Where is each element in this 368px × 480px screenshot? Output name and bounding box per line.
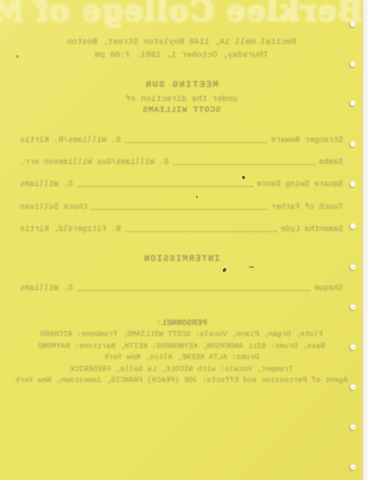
personnel-line: Agent of Percussion and Effects: JOE (PE… [0,377,363,385]
program-row: Touch of Father Chuck Sullivan [0,203,363,212]
personnel-line: Bass, Drums: BILL ANDERSON, KEYBOARDS: K… [0,343,363,351]
piece-composer: S. Williams [20,180,73,189]
binder-hole [350,223,356,229]
paper-speck [196,196,198,198]
program-row: Stranger Beware S. Williams/R. Kirtis [0,136,363,145]
datetime-line: Thursday, October 1, 1981. 7:00 pm [0,50,363,60]
piece-title: Stranger Beware [271,136,343,145]
program-row: Square Swing Dance S. Williams [0,180,363,189]
venue-line: Recital Hall 1A, 1140 Boylston Street, B… [0,37,363,47]
piece-title: Square Swing Dance [257,180,343,189]
page-title: Berklee College of Music [0,0,363,29]
program-row: Samba S. Williams/Gus Williamson arr. [0,158,363,167]
dotted-leader [125,136,267,143]
binder-hole [350,344,356,350]
dotted-leader [77,180,253,187]
personnel-line: Drums: ALTA KEENE, Altos, New York [0,354,363,362]
binder-hole [350,61,356,67]
piece-composer: S. Williams/R. Kirtis [20,136,121,145]
binder-hole [350,181,356,187]
binder-hole [350,304,356,310]
binder-hole [350,264,356,270]
binder-hole [350,21,356,27]
paper-speck [249,266,254,268]
dotted-leader [173,158,315,165]
binder-hole [350,464,356,470]
paper-speck [16,55,19,58]
personnel-line: Trumpet, Vocals: with NICOLE, La Salle, … [0,366,363,374]
intermission-label: INTERMISSION [0,254,363,264]
program-row: Shaque S. Williams [0,284,363,293]
dotted-leader [77,284,310,291]
piece-composer: S. Williams [20,284,73,293]
scanned-page-canvas: Berklee College of Music Recital Hall 1A… [0,0,368,480]
paper-sheet: Berklee College of Music Recital Hall 1A… [0,0,363,480]
direction-line: under the direction of [0,94,363,104]
piece-composer: S. Williams/Gus Williamson arr. [20,158,169,167]
paper-speck [242,176,245,179]
piece-composer: B. Fitzgerald, Kirtis [20,225,121,234]
binder-hole [350,141,356,147]
dotted-leader [125,225,277,232]
ensemble-name: MEETING SUN [0,79,363,90]
director-name: SCOTT WILLIAMS [0,105,363,115]
personnel-line: Flute, Organ, Piano, Vocals: SCOTT WILLI… [0,331,363,339]
binder-hole [350,100,356,106]
personnel-header: PERSONNEL: [0,318,363,328]
dotted-leader [91,203,267,210]
piece-title: Samantha Lyde [281,225,343,234]
piece-title: Touch of Father [271,203,343,212]
piece-composer: Chuck Sullivan [20,203,87,212]
bleed-through-text-layer: Berklee College of Music Recital Hall 1A… [0,0,363,480]
piece-title: Samba [319,158,343,167]
binder-hole [350,424,356,430]
binder-hole [350,384,356,390]
scan-background-edge [362,0,368,480]
piece-title: Shaque [314,284,343,293]
program-row: Samantha Lyde B. Fitzgerald, Kirtis [0,225,363,234]
